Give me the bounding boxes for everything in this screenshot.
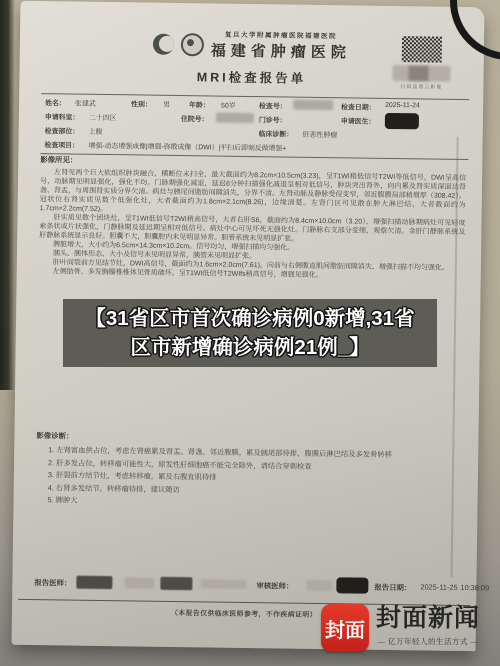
hospital-name-large: 福建省肿瘤医院 bbox=[211, 39, 351, 62]
headline-line-2: 区市新增确诊病例21例_】 bbox=[130, 333, 369, 362]
table-edge-shadow bbox=[0, 0, 15, 390]
redaction-box bbox=[124, 577, 154, 588]
part-value: 上腹 bbox=[89, 126, 103, 136]
name-value: 张建武 bbox=[75, 98, 96, 108]
clinical-label: 临床诊断： bbox=[259, 128, 294, 138]
diagnosis-section: 影像诊断： 1. 左肾富血供占位，考虑左肾癌累及肾盂、肾盏、邻近腹膜，累及胰尾部… bbox=[35, 430, 462, 512]
req-doctor-label: 申请医生： bbox=[341, 115, 376, 125]
clinical-value: 肝恶性肿瘤 bbox=[303, 129, 338, 139]
report-date-value: 2025-11-25 bbox=[420, 582, 457, 592]
dept-value: 二十四区 bbox=[89, 112, 117, 122]
age-label: 年龄： bbox=[189, 99, 210, 109]
cover-news-logo-icon: 封面 bbox=[321, 604, 369, 652]
cover-news-watermark: 封面 封面新闻 — 亿万年轻人的生活方式 — bbox=[321, 604, 480, 652]
redaction-box bbox=[216, 113, 254, 124]
gender-label: 性别： bbox=[131, 98, 152, 108]
inpatient-label: 住院号： bbox=[181, 113, 209, 123]
outpatient-label: 门诊号： bbox=[259, 114, 287, 124]
exam-date-label: 检查日期： bbox=[341, 101, 376, 111]
name-label: 姓名： bbox=[45, 97, 66, 107]
patient-info-grid: 姓名： 张建武 性别： 男 年龄： 50岁 检查号： 检查日期： 2025-11… bbox=[40, 93, 469, 160]
redaction-box bbox=[306, 580, 332, 591]
dept-label: 申请科室： bbox=[45, 111, 80, 121]
age-value: 50岁 bbox=[221, 100, 236, 110]
review-doctor-label: 审核医师： bbox=[256, 580, 293, 592]
redaction-box bbox=[160, 577, 192, 590]
headline-line-1: 【31省区市首次确诊病例0新增,31省 bbox=[85, 304, 414, 333]
cover-news-tagline: — 亿万年轻人的生活方式 — bbox=[376, 636, 480, 647]
redaction-box bbox=[200, 579, 246, 589]
findings-paragraph: 左肾见两个巨大软组织肿块融合，横断位未扫全，最大截面约为8.2cm×10.5cm… bbox=[40, 168, 467, 219]
findings-section: 影像所见： 左肾见两个巨大软组织肿块融合，横断位未扫全，最大截面约为8.2cm×… bbox=[39, 154, 467, 282]
gender-value: 男 bbox=[163, 99, 170, 109]
report-date-label: 报告日期： bbox=[374, 582, 411, 594]
cover-news-brand: 封面新闻 bbox=[376, 604, 480, 634]
exam-date-value: 2025-11-24 bbox=[385, 102, 420, 109]
report-time-value: 10:38:09 bbox=[460, 583, 489, 592]
report-title: MRI检查报告单 bbox=[19, 65, 483, 89]
hospital-seal-logo-icon bbox=[181, 33, 204, 56]
redaction-box bbox=[76, 576, 112, 590]
items-value: 增强-动态增强成像|增强-弥散成像（DWI）|平扫后即刻反做增强+ bbox=[88, 140, 286, 153]
report-header: 复旦大学附属肿瘤医院福建医院 福建省肿瘤医院 MRI检查报告单 bbox=[19, 27, 484, 89]
part-label: 检查部位： bbox=[45, 125, 80, 135]
exam-no-label: 检查号： bbox=[259, 100, 287, 110]
cover-news-text-block: 封面新闻 — 亿万年轻人的生活方式 — bbox=[376, 604, 480, 647]
hospital-names: 复旦大学附属肿瘤医院福建医院 福建省肿瘤医院 bbox=[211, 29, 351, 62]
redaction-box bbox=[293, 100, 333, 111]
hospital-crescent-logo-icon bbox=[153, 34, 174, 55]
news-headline-overlay: 【31省区市首次确诊病例0新增,31省 区市新增确诊病例21例_】 bbox=[63, 299, 437, 367]
items-label: 检查项目： bbox=[44, 139, 79, 149]
redaction-box bbox=[336, 577, 368, 593]
report-doctor-label: 报告医师： bbox=[34, 577, 71, 589]
